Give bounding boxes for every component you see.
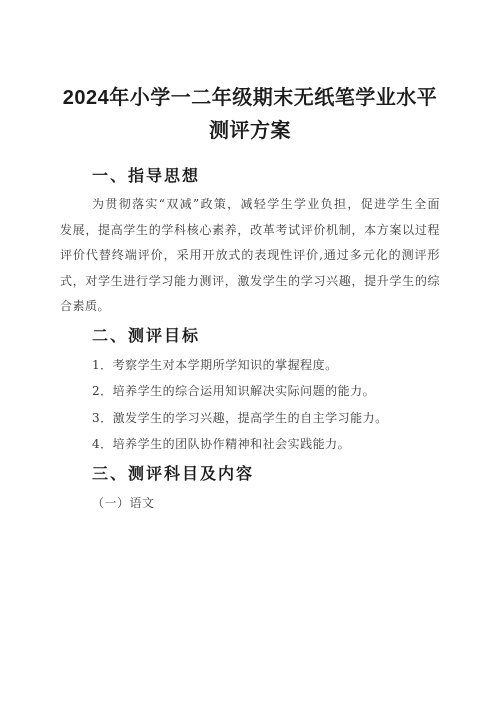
goal-item-1: 1．考察学生对本学期所学知识的掌握程度。 bbox=[60, 352, 440, 379]
paragraph-line: 合素质。 bbox=[60, 294, 440, 320]
goal-item-4: 4．培养学生的团队协作精神和社会实践能力。 bbox=[60, 431, 440, 458]
paragraph-line: 发展，提高学生的学科核心素养，改革考试评价机制，本方案以过程 bbox=[60, 218, 440, 244]
section-heading-subjects-content: 三、测评科目及内容 bbox=[60, 464, 440, 486]
paragraph-line: 为贯彻落实“双减”政策，减轻学生学业负担，促进学生全面 bbox=[60, 192, 440, 218]
document-title-line-2: 测评方案 bbox=[60, 115, 440, 148]
document-title-line-1: 2024年小学一二年级期末无纸笔学业水平 bbox=[60, 82, 440, 115]
subsection-label-chinese: （一）语文 bbox=[60, 490, 440, 517]
goal-item-2: 2．培养学生的综合运用知识解决实际问题的能力。 bbox=[60, 378, 440, 405]
paragraph-line: 式，对学生进行学习能力测评，激发学生的学习兴趣，提升学生的综 bbox=[60, 269, 440, 295]
section-heading-guiding-ideology: 一、指导思想 bbox=[60, 166, 440, 188]
paragraph-line: 评价代替终端评价，采用开放式的表现性评价,通过多元化的测评形 bbox=[60, 243, 440, 269]
guiding-ideology-paragraph: 为贯彻落实“双减”政策，减轻学生学业负担，促进学生全面 发展，提高学生的学科核心… bbox=[60, 192, 440, 320]
document-page: 2024年小学一二年级期末无纸笔学业水平 测评方案 一、指导思想 为贯彻落实“双… bbox=[0, 0, 500, 707]
document-title: 2024年小学一二年级期末无纸笔学业水平 测评方案 bbox=[60, 82, 440, 148]
goal-item-3: 3．激发学生的学习兴趣，提高学生的自主学习能力。 bbox=[60, 405, 440, 432]
section-heading-assessment-goals: 二、测评目标 bbox=[60, 326, 440, 348]
assessment-goal-list: 1．考察学生对本学期所学知识的掌握程度。 2．培养学生的综合运用知识解决实际问题… bbox=[60, 352, 440, 458]
